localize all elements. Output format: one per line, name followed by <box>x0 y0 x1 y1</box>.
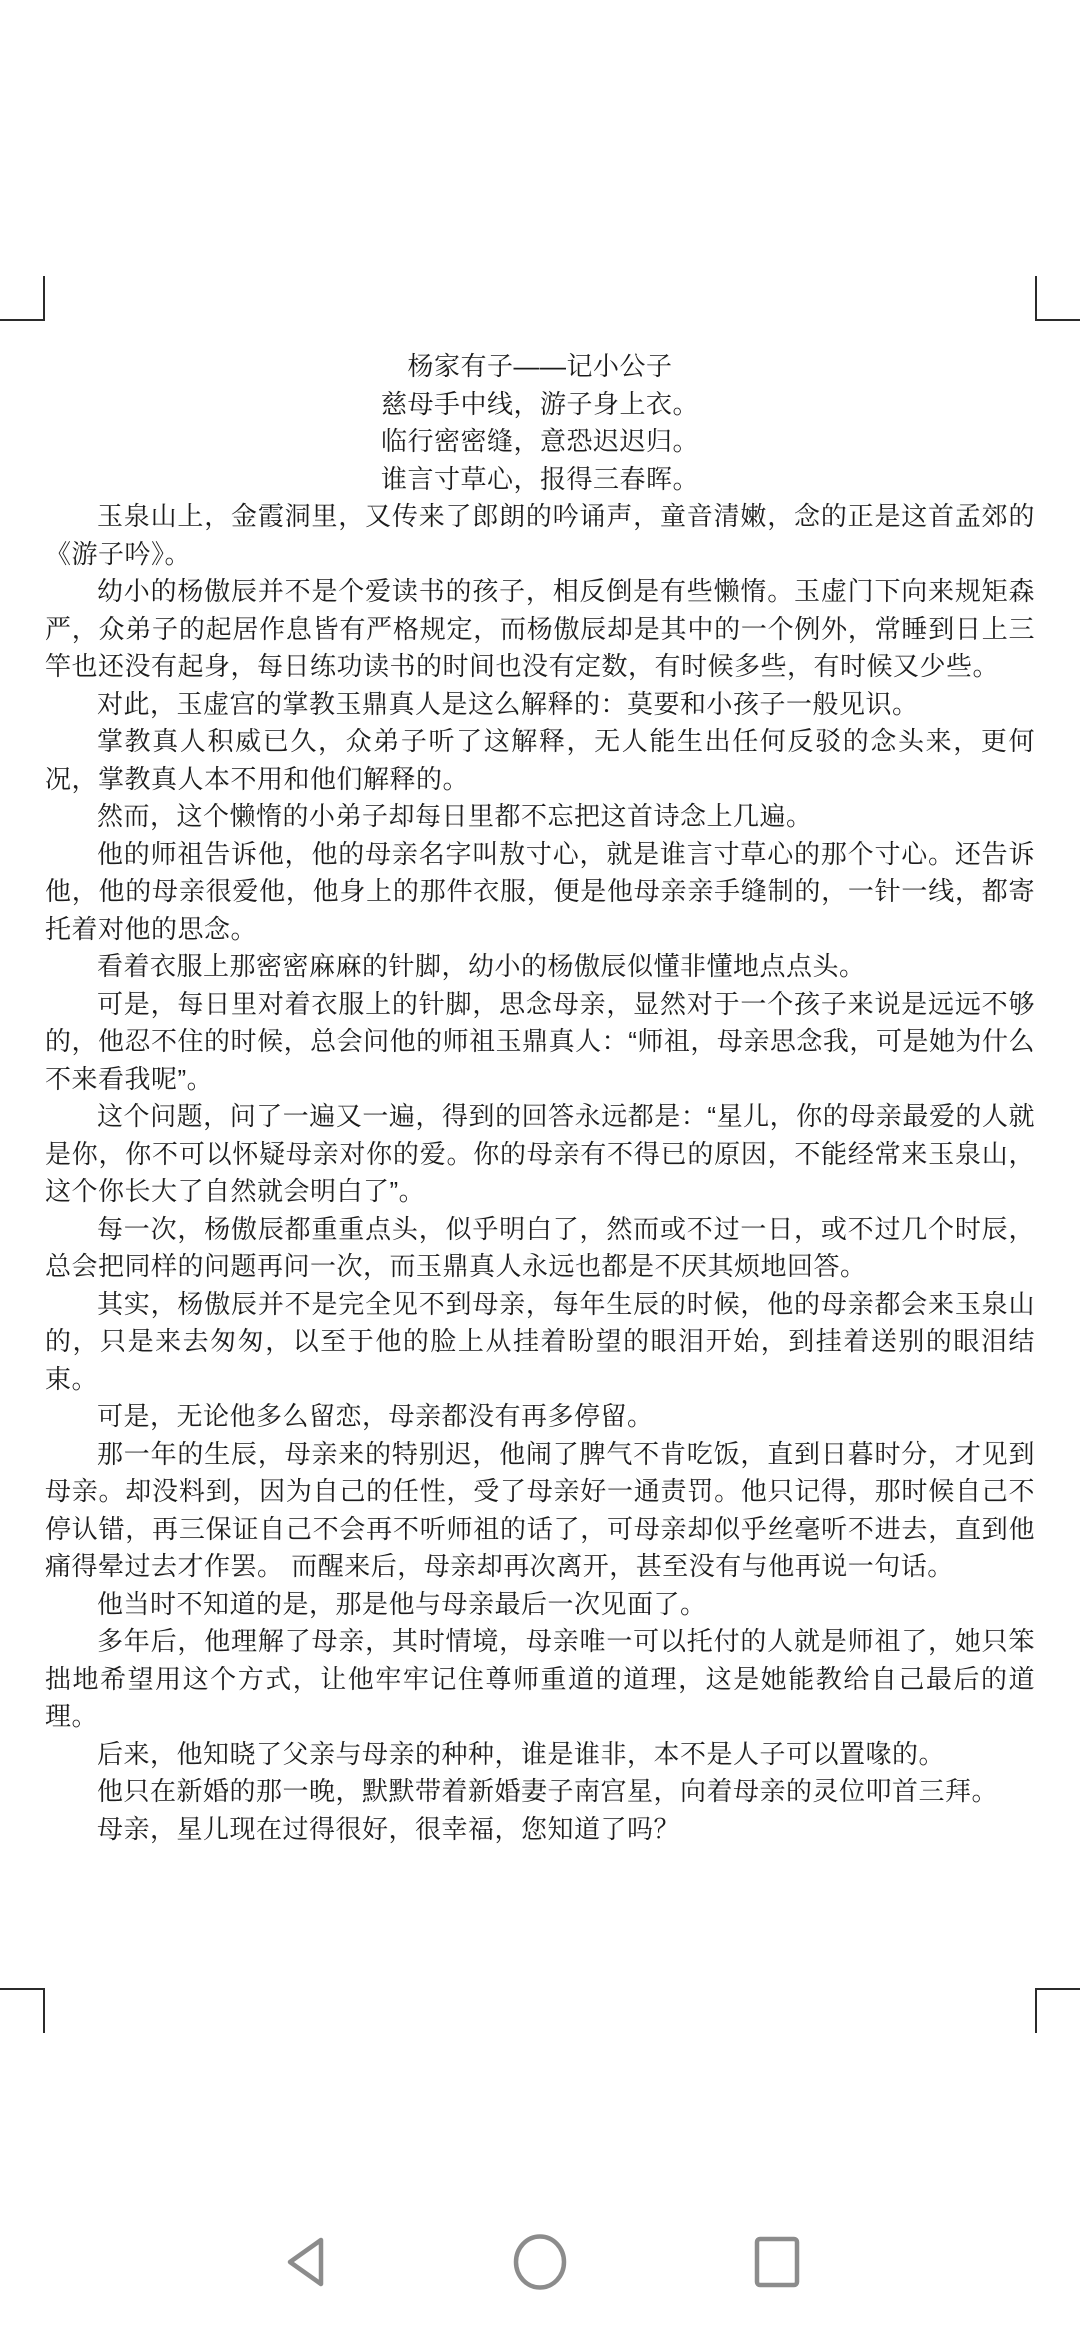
reader-page: 杨家有子——记小公子 慈母手中线，游子身上衣。 临行密密缝，意恐迟迟归。 谁言寸… <box>45 348 1035 1848</box>
home-circle-icon <box>511 2233 569 2291</box>
paragraph: 玉泉山上，金霞洞里，又传来了郎朗的吟诵声，童音清嫩，念的正是这首孟郊的《游子吟》… <box>45 498 1035 573</box>
chapter-title: 杨家有子——记小公子 <box>45 348 1035 386</box>
paragraph: 可是，每日里对着衣服上的针脚，思念母亲，显然对于一个孩子来说是远远不够的，他忍不… <box>45 986 1035 1099</box>
corner-mark-top-right <box>1035 276 1080 321</box>
paragraph: 那一年的生辰，母亲来的特别迟，他闹了脾气不肯吃饭，直到日暮时分，才见到母亲。却没… <box>45 1436 1035 1586</box>
poem-line: 临行密密缝，意恐迟迟归。 <box>45 423 1035 461</box>
paragraph: 后来，他知晓了父亲与母亲的种种，谁是谁非，本不是人子可以置喙的。 <box>45 1736 1035 1774</box>
paragraph: 他当时不知道的是，那是他与母亲最后一次见面了。 <box>45 1586 1035 1624</box>
android-navigation-bar <box>0 2210 1080 2340</box>
paragraph: 这个问题，问了一遍又一遍，得到的回答永远都是：“星儿，你的母亲最爱的人就是你，你… <box>45 1098 1035 1211</box>
paragraph: 掌教真人积威已久，众弟子听了这解释，无人能生出任何反驳的念头来，更何况，掌教真人… <box>45 723 1035 798</box>
paragraph: 他的师祖告诉他，他的母亲名字叫敖寸心，就是谁言寸草心的那个寸心。还告诉他，他的母… <box>45 836 1035 949</box>
corner-mark-bottom-left <box>0 1988 45 2033</box>
corner-mark-bottom-right <box>1035 1988 1080 2033</box>
poem-line: 慈母手中线，游子身上衣。 <box>45 386 1035 424</box>
paragraph: 对此，玉虚宫的掌教玉鼎真人是这么解释的：莫要和小孩子一般见识。 <box>45 686 1035 724</box>
back-triangle-icon <box>280 2233 332 2291</box>
corner-mark-top-left <box>0 276 45 321</box>
home-button[interactable] <box>510 2232 570 2292</box>
paragraph: 可是，无论他多么留恋，母亲都没有再多停留。 <box>45 1398 1035 1436</box>
back-button[interactable] <box>276 2232 336 2292</box>
poem-block: 慈母手中线，游子身上衣。 临行密密缝，意恐迟迟归。 谁言寸草心，报得三春晖。 <box>45 386 1035 499</box>
paragraph: 多年后，他理解了母亲，其时情境，母亲唯一可以托付的人就是师祖了，她只笨拙地希望用… <box>45 1623 1035 1736</box>
paragraph: 幼小的杨傲辰并不是个爱读书的孩子，相反倒是有些懒惰。玉虚门下向来规矩森严，众弟子… <box>45 573 1035 686</box>
paragraph: 他只在新婚的那一晚，默默带着新婚妻子南宫星，向着母亲的灵位叩首三拜。 <box>45 1773 1035 1811</box>
paragraph: 看着衣服上那密密麻麻的针脚，幼小的杨傲辰似懂非懂地点点头。 <box>45 948 1035 986</box>
recents-button[interactable] <box>746 2232 806 2292</box>
paragraph: 母亲，星儿现在过得很好，很幸福，您知道了吗？ <box>45 1811 1035 1849</box>
paragraph: 然而，这个懒惰的小弟子却每日里都不忘把这首诗念上几遍。 <box>45 798 1035 836</box>
paragraph: 其实，杨傲辰并不是完全见不到母亲，每年生辰的时候，他的母亲都会来玉泉山的，只是来… <box>45 1286 1035 1399</box>
paragraph: 每一次，杨傲辰都重重点头，似乎明白了，然而或不过一日，或不过几个时辰，总会把同样… <box>45 1211 1035 1286</box>
recents-square-icon <box>750 2233 802 2291</box>
chapter-body: 玉泉山上，金霞洞里，又传来了郎朗的吟诵声，童音清嫩，念的正是这首孟郊的《游子吟》… <box>45 498 1035 1848</box>
poem-line: 谁言寸草心，报得三春晖。 <box>45 461 1035 499</box>
